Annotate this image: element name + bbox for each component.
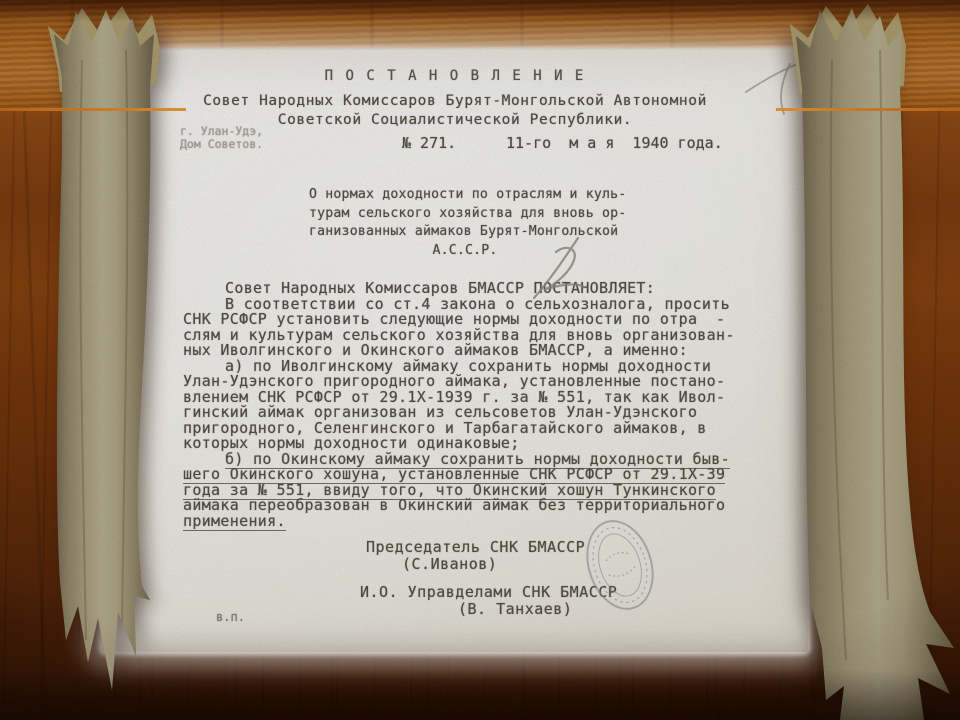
decree-date: 11-го м а я 1940 года. — [506, 134, 723, 152]
document-title: П О С Т А Н О В Л Е Н И Е — [102, 68, 808, 84]
footer-initials: в.п. — [216, 610, 245, 624]
place-line: Дом Советов. — [180, 137, 263, 151]
handwritten-initials — [512, 232, 612, 312]
signature-role: Председатель СНК БМАССР — [366, 538, 585, 556]
document-body: Совет Народных Комиссаров БМАССР ПОСТАНО… — [183, 281, 787, 529]
document-text-layer: П О С Т А Н О В Л Е Н И Е Совет Народных… — [102, 50, 808, 652]
document-line: О нормах доходности по отраслям и куль- — [309, 186, 621, 205]
accent-line-right — [776, 108, 960, 111]
accent-line-left — [0, 108, 186, 111]
document-page: П О С Т А Н О В Л Е Н И Е Совет Народных… — [102, 50, 808, 652]
document-line: турам сельского хозяйства для вновь ор- — [309, 205, 621, 224]
signature-name: (С.Иванов) — [402, 555, 497, 573]
decree-number: № 271. — [402, 134, 456, 152]
ink-stamp — [570, 505, 670, 625]
signature-name: (В. Танхаев) — [458, 600, 572, 618]
issuer-line: Совет Народных Комиссаров Бурят-Монгольс… — [102, 93, 808, 109]
place-line: г. Улан-Удэ, — [180, 124, 263, 138]
document-line: применения. — [183, 514, 787, 530]
slide: П О С Т А Н О В Л Е Н И Е Совет Народных… — [0, 0, 960, 720]
